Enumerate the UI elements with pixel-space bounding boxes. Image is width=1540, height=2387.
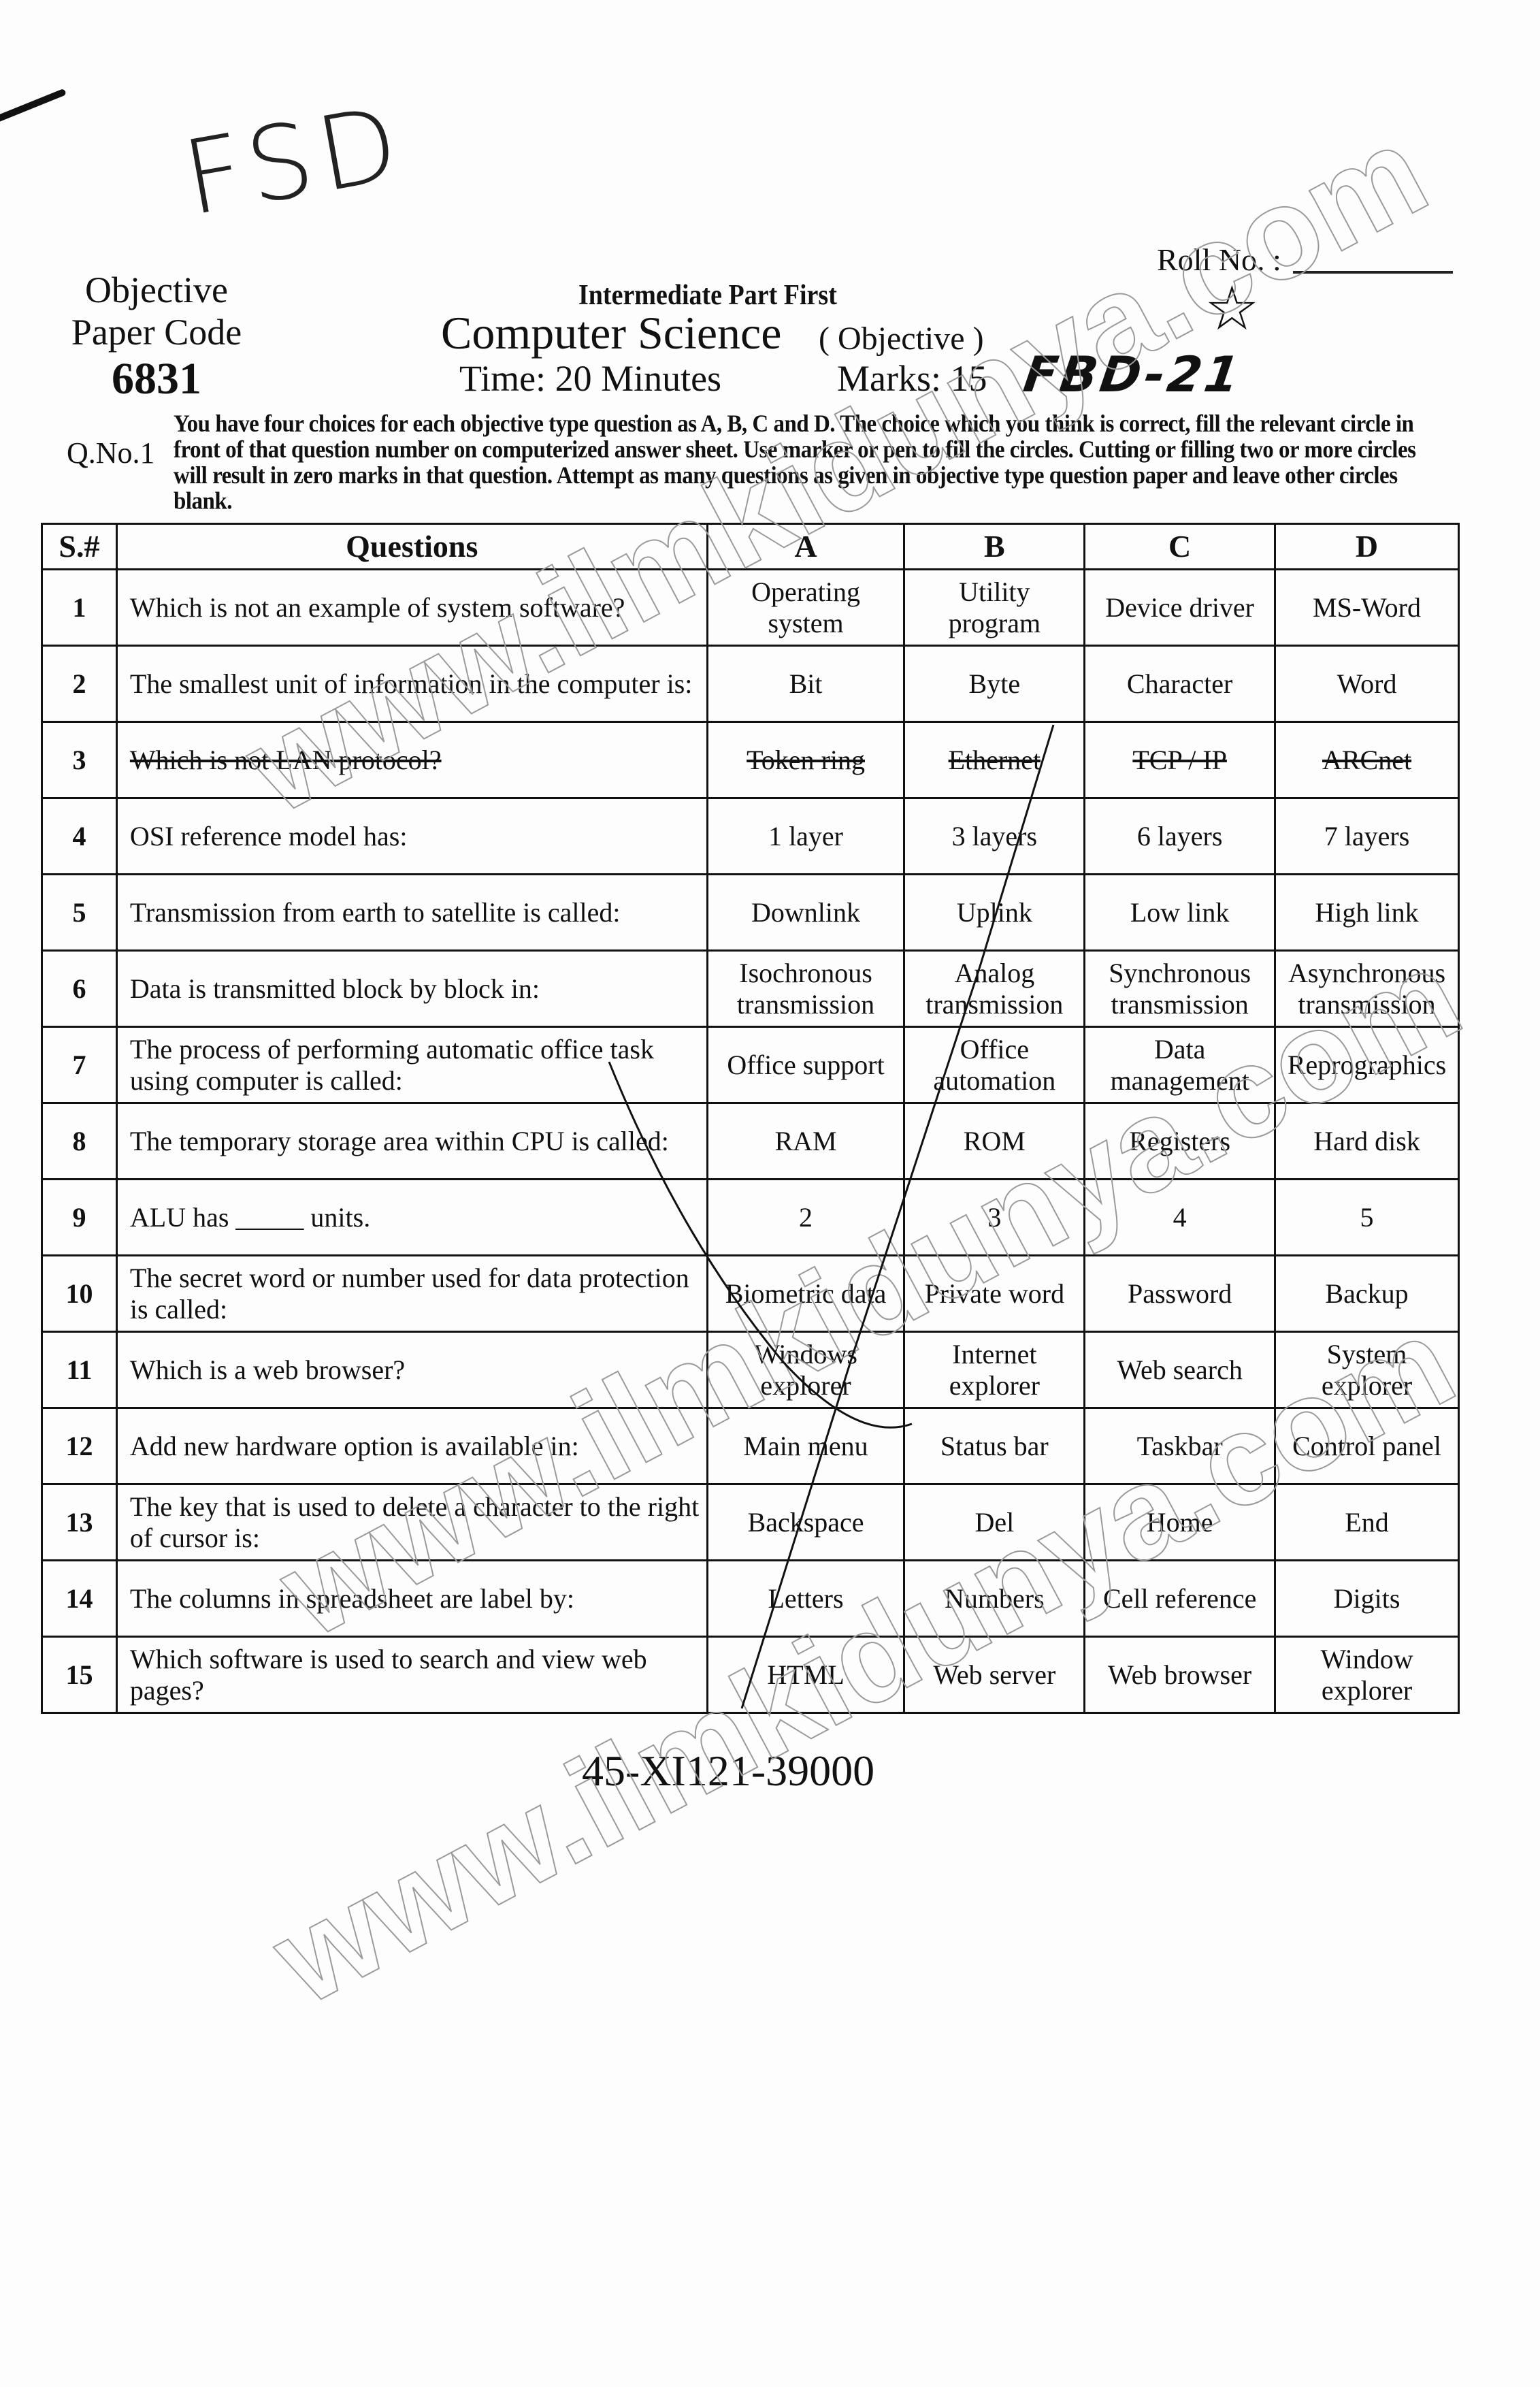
pen-stroke-line (742, 725, 1053, 1708)
pen-strokes (0, 0, 1540, 2387)
pen-stroke-curve (609, 1062, 912, 1427)
